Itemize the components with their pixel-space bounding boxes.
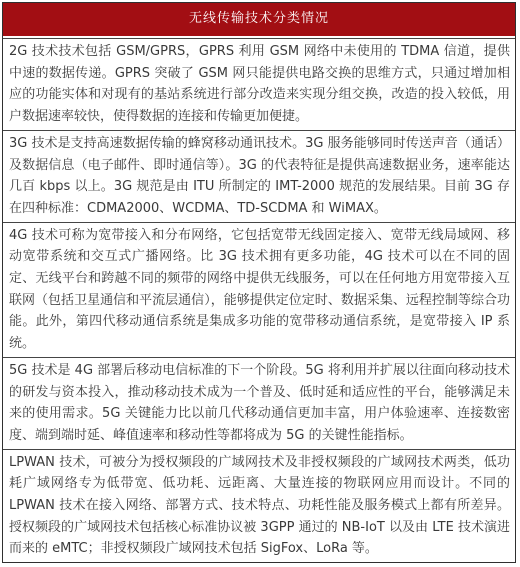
table-title: 无线传输技术分类情况 [3, 3, 515, 38]
row-text-2g: 2G 技术技术包括 GSM/GPRS，GPRS 利用 GSM 网络中未使用的 T… [9, 41, 510, 128]
page: 无线传输技术分类情况 2G 技术技术包括 GSM/GPRS，GPRS 利用 GS… [0, 0, 520, 567]
table-row-4g: 4G 技术可称为宽带接入和分布网络，它包括宽带无线固定接入、宽带无线局域网、移动… [3, 222, 515, 357]
table-row-5g: 5G 技术是 4G 部署后移动电信标准的下一个阶段。5G 将利用并扩展以往面向移… [3, 357, 515, 449]
table-row-3g: 3G 技术是支持高速数据传输的蜂窝移动通讯技术。3G 服务能够同时传送声音（通话… [3, 130, 515, 222]
row-text-lpwan: LPWAN 技术，可被分为授权频段的广域网技术及非授权频段的广域网技术两类，低功… [9, 452, 510, 561]
wireless-tech-classification-table: 无线传输技术分类情况 2G 技术技术包括 GSM/GPRS，GPRS 利用 GS… [2, 2, 516, 563]
row-text-3g: 3G 技术是支持高速数据传输的蜂窝移动通讯技术。3G 服务能够同时传送声音（通话… [9, 133, 510, 220]
row-text-5g: 5G 技术是 4G 部署后移动电信标准的下一个阶段。5G 将利用并扩展以往面向移… [9, 360, 510, 447]
table-row-2g: 2G 技术技术包括 GSM/GPRS，GPRS 利用 GSM 网络中未使用的 T… [3, 38, 515, 130]
table-row-lpwan: LPWAN 技术，可被分为授权频段的广域网技术及非授权频段的广域网技术两类，低功… [3, 449, 515, 563]
row-text-4g: 4G 技术可称为宽带接入和分布网络，它包括宽带无线固定接入、宽带无线局域网、移动… [9, 225, 510, 355]
